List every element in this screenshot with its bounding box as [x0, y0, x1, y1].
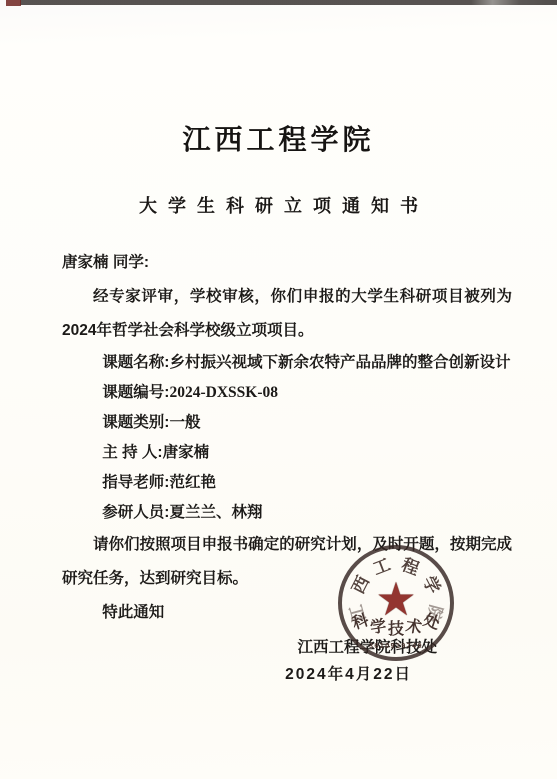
field-value: 范红艳 — [169, 474, 216, 491]
field-row-project-category: 课题类别:一般 — [62, 408, 512, 438]
salutation-line: 唐家楠 同学: — [62, 246, 512, 280]
scan-top-edge-artifact — [20, 0, 557, 5]
university-title: 江西工程学院 — [0, 118, 557, 158]
closing-line: 特此通知 — [62, 596, 512, 630]
salutation-suffix: 同学: — [109, 254, 149, 271]
field-label: 课题编号: — [102, 384, 169, 401]
field-label: 课题名称: — [102, 354, 169, 371]
notice-subtitle: 大学生科研立项通知书 — [0, 192, 557, 218]
field-label: 参研人员: — [102, 504, 169, 521]
field-label: 课题类别: — [102, 414, 169, 431]
field-row-project-number: 课题编号:2024-DXSSK-08 — [62, 378, 512, 408]
signature-block: 江西工程学院科技处 2024年4月22日 — [62, 634, 512, 688]
notice-body: 唐家楠 同学: 经专家评审，学校审核，你们申报的大学生科研项目被列为2024年哲… — [62, 246, 512, 688]
field-value: 唐家楠 — [163, 444, 210, 461]
scan-top-edge-red-tip — [6, 0, 21, 6]
field-row-project-name: 课题名称:乡村振兴视域下新余农特产品品牌的整合创新设计 — [62, 348, 512, 378]
instruction-paragraph: 请你们按照项目申报书确定的研究计划，及时开题，按期完成研究任务，达到研究目标。 — [62, 528, 512, 596]
issuing-department: 江西工程学院科技处 — [62, 634, 437, 661]
project-fields: 课题名称:乡村振兴视域下新余农特产品品牌的整合创新设计 课题编号:2024-DX… — [62, 348, 512, 528]
field-value: 乡村振兴视域下新余农特产品品牌的整合创新设计 — [169, 354, 510, 371]
approval-paragraph: 经专家评审，学校审核，你们申报的大学生科研项目被列为2024年哲学社会科学校级立… — [62, 280, 512, 348]
field-row-advisor: 指导老师:范红艳 — [62, 468, 512, 498]
issue-date: 2024年4月22日 — [62, 661, 412, 688]
field-value: 2024-DXSSK-08 — [169, 384, 278, 401]
field-row-project-leader: 主 持 人:唐家楠 — [62, 438, 512, 468]
student-name: 唐家楠 — [62, 254, 109, 271]
field-value: 夏兰兰、林翔 — [169, 504, 262, 521]
field-value: 一般 — [169, 414, 200, 431]
notice-document-page: 江西工程学院 大学生科研立项通知书 唐家楠 同学: 经专家评审，学校审核，你们申… — [0, 0, 557, 779]
field-row-members: 参研人员:夏兰兰、林翔 — [62, 498, 512, 528]
field-label: 主 持 人: — [102, 444, 162, 461]
field-label: 指导老师: — [102, 474, 169, 491]
